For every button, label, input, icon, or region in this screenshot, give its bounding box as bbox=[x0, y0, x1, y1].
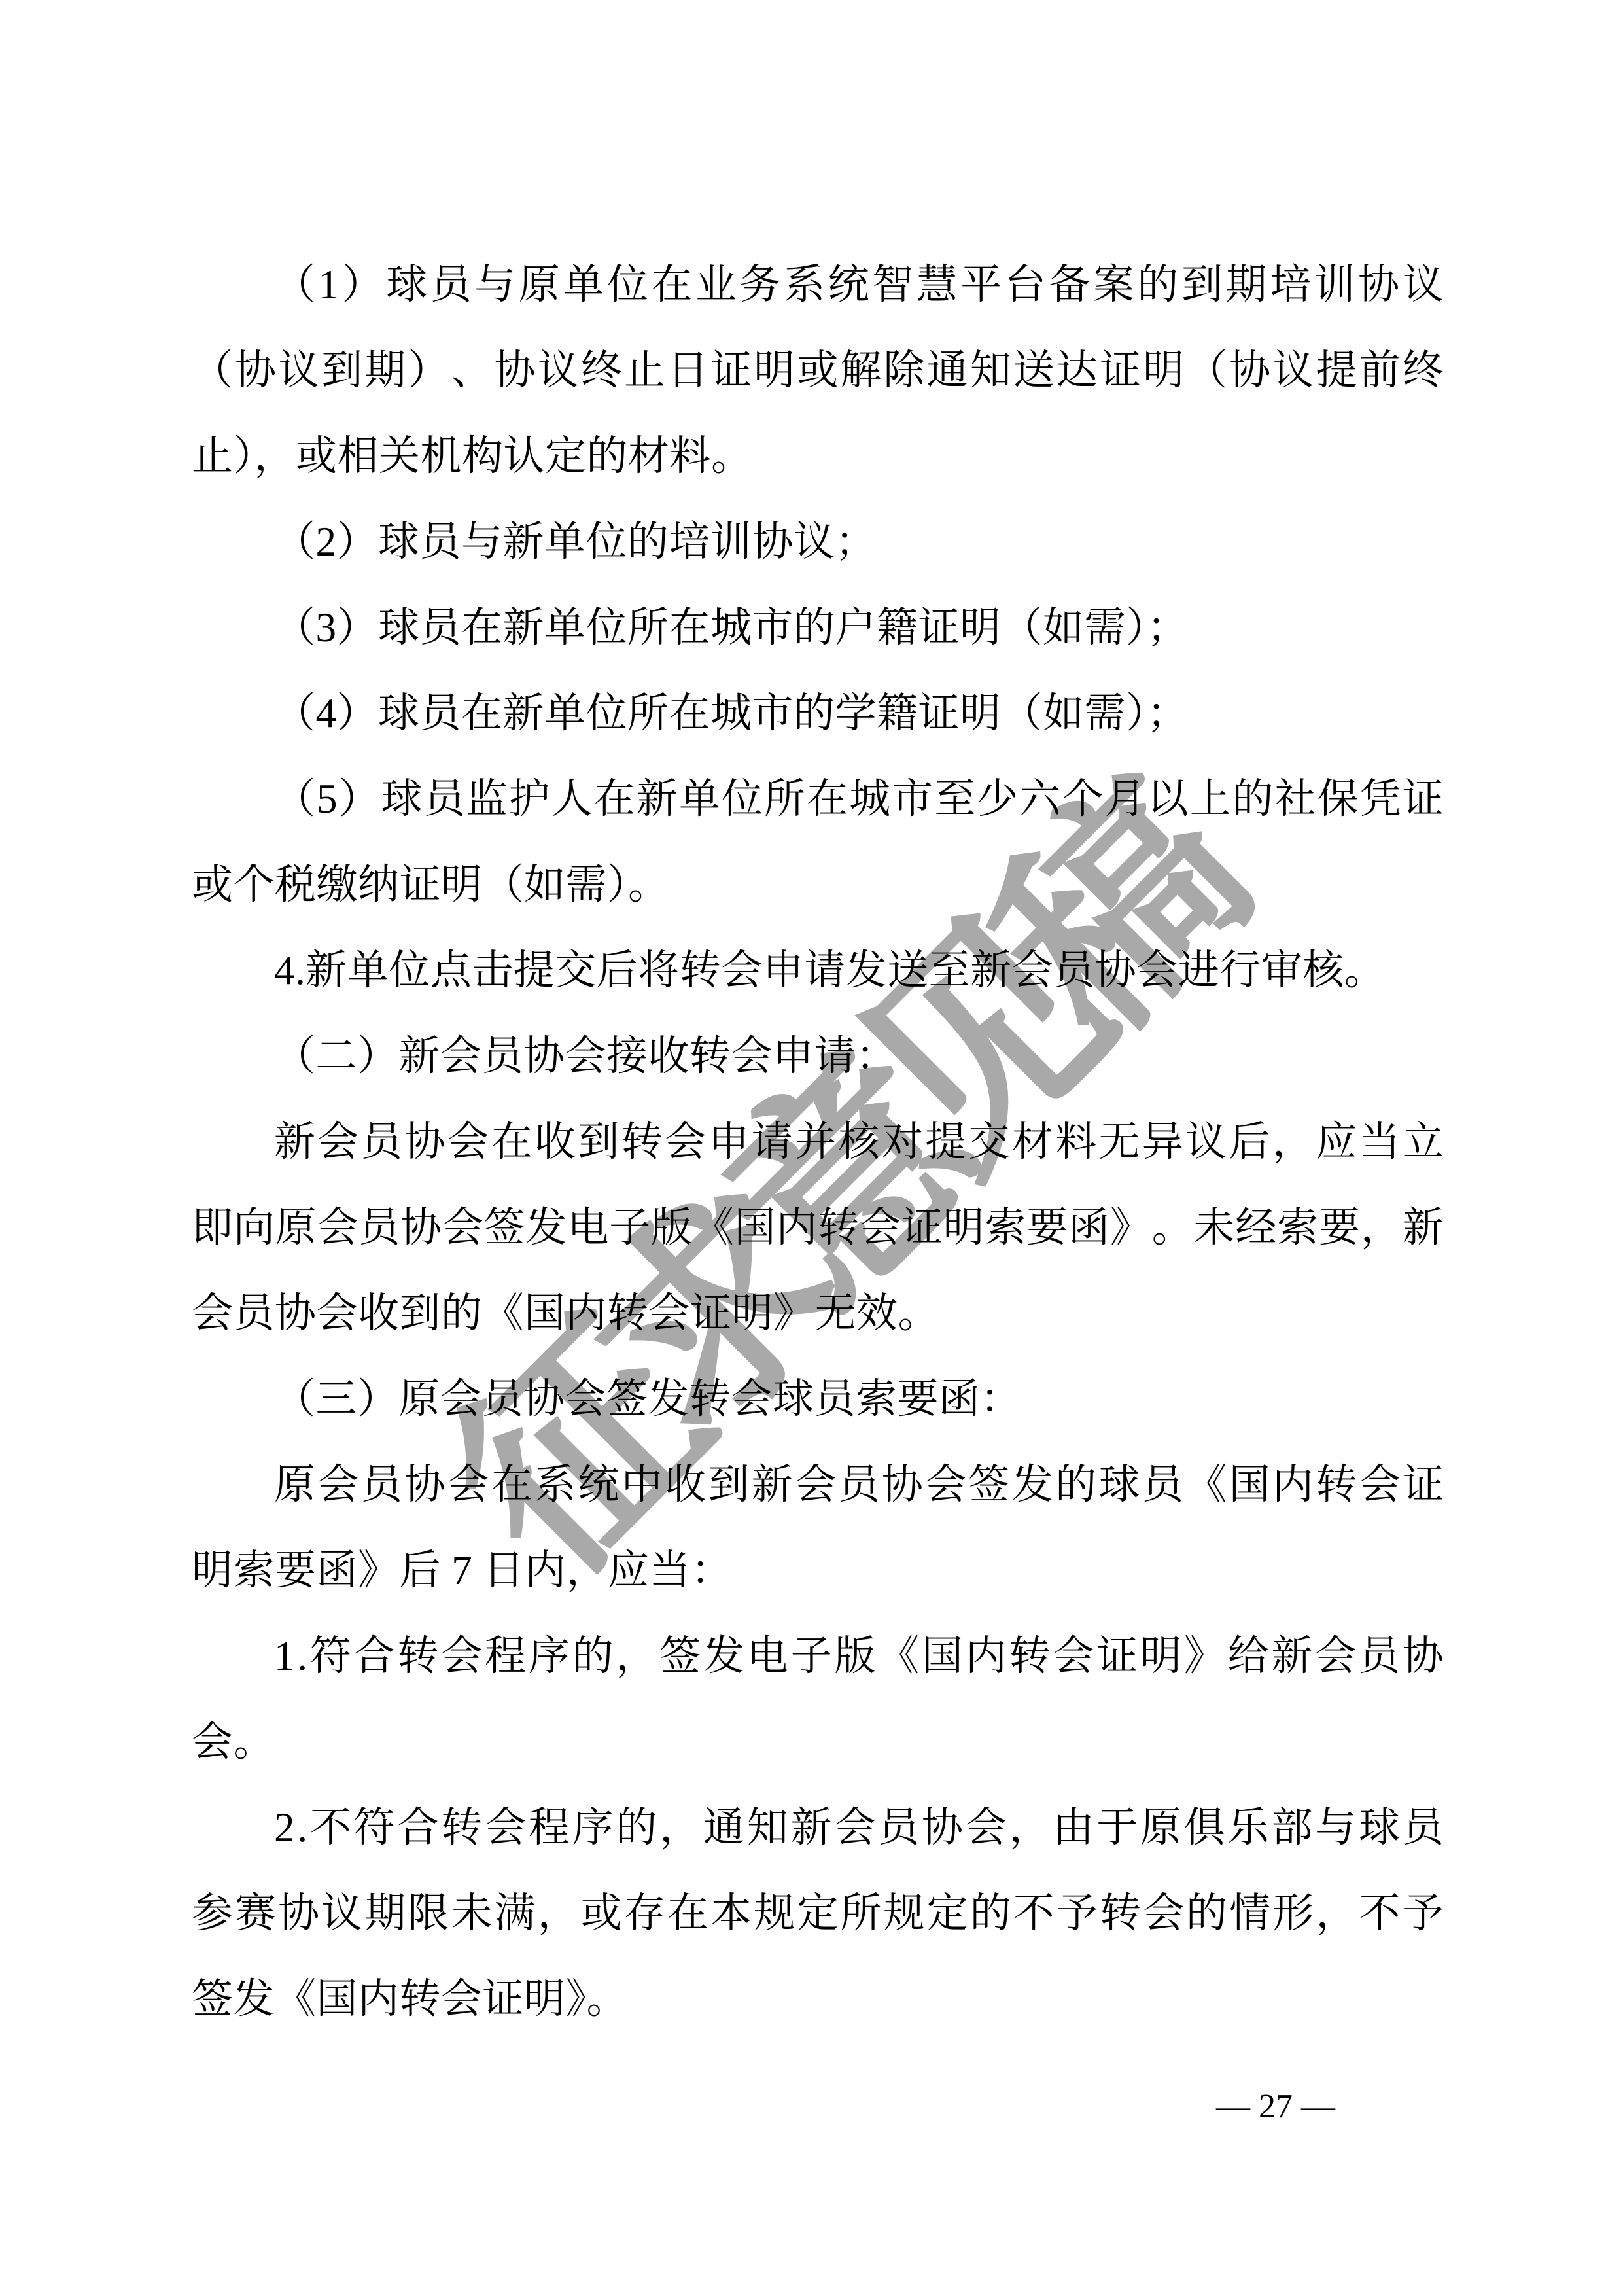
text-line: （二）新会员协会接收转会申请： bbox=[192, 1014, 1444, 1099]
text-line: （协议到期）、协议终止日证明或解除通知送达证明（协议提前终 bbox=[192, 328, 1444, 414]
document-body: （1）球员与原单位在业务系统智慧平台备案的到期培训协议（协议到期）、协议终止日证… bbox=[192, 242, 1444, 2042]
text-line: 或个税缴纳证明（如需）。 bbox=[192, 842, 1444, 928]
text-line: （2）球员与新单位的培训协议； bbox=[192, 499, 1444, 585]
text-line: 会。 bbox=[192, 1699, 1444, 1785]
text-line: 会员协会收到的《国内转会证明》无效。 bbox=[192, 1271, 1444, 1356]
text-line: 止），或相关机构认定的材料。 bbox=[192, 414, 1444, 499]
text-line: （5）球员监护人在新单位所在城市至少六个月以上的社保凭证 bbox=[192, 756, 1444, 842]
text-line: 参赛协议期限未满，或存在本规定所规定的不予转会的情形，不予 bbox=[192, 1871, 1444, 1956]
text-line: 2.不符合转会程序的，通知新会员协会，由于原俱乐部与球员 bbox=[192, 1785, 1444, 1871]
text-line: （3）球员在新单位所在城市的户籍证明（如需）； bbox=[192, 585, 1444, 671]
text-line: （4）球员在新单位所在城市的学籍证明（如需）； bbox=[192, 671, 1444, 756]
text-line: 新会员协会在收到转会申请并核对提交材料无异议后，应当立 bbox=[192, 1099, 1444, 1185]
text-line: （三）原会员协会签发转会球员索要函： bbox=[192, 1356, 1444, 1442]
page-number: — 27 — bbox=[1216, 2089, 1335, 2125]
text-line: 签发《国内转会证明》。 bbox=[192, 1956, 1444, 2042]
text-line: 即向原会员协会签发电子版《国内转会证明索要函》。未经索要，新 bbox=[192, 1185, 1444, 1271]
text-line: 原会员协会在系统中收到新会员协会签发的球员《国内转会证 bbox=[192, 1442, 1444, 1528]
document-page: 征求意见稿 （1）球员与原单位在业务系统智慧平台备案的到期培训协议（协议到期）、… bbox=[0, 0, 1623, 2296]
text-line: 明索要函》后 7 日内，应当： bbox=[192, 1528, 1444, 1614]
text-line: 1.符合转会程序的，签发电子版《国内转会证明》给新会员协 bbox=[192, 1614, 1444, 1699]
text-line: 4.新单位点击提交后将转会申请发送至新会员协会进行审核。 bbox=[192, 928, 1444, 1014]
text-line: （1）球员与原单位在业务系统智慧平台备案的到期培训协议 bbox=[192, 242, 1444, 328]
